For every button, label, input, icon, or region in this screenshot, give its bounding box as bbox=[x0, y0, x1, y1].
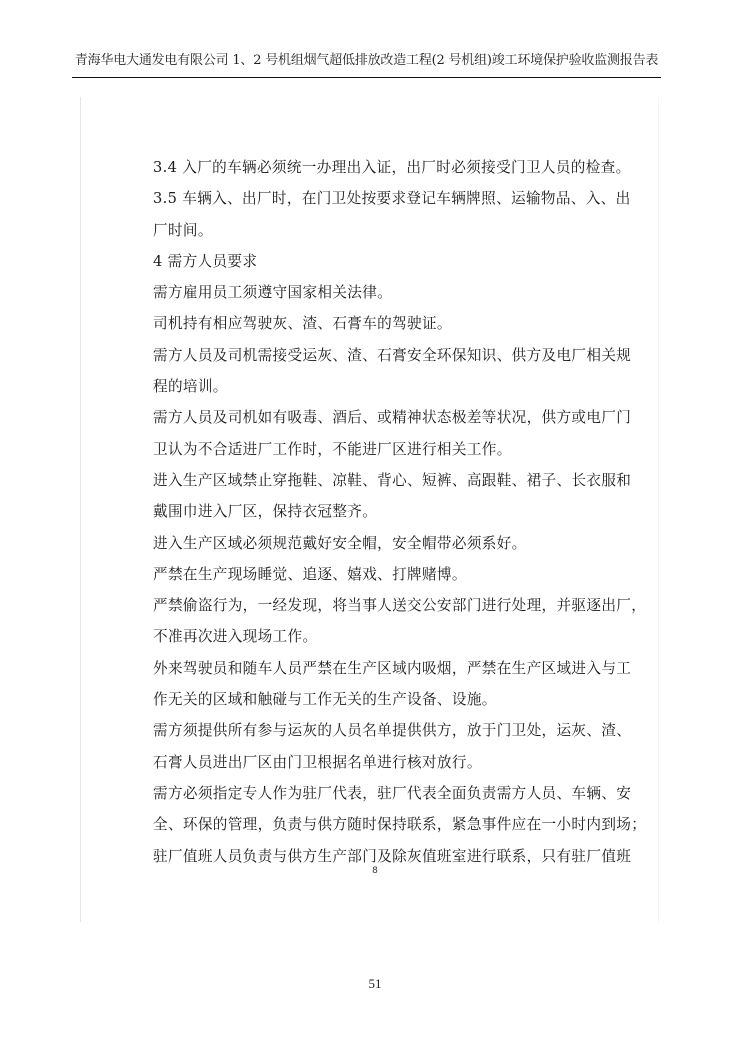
paragraph-representative-line-2: 全、环保的管理，负责与供方随时保持联系，紧急事件应在一小时内到场； bbox=[153, 809, 591, 840]
scanned-page-border-left bbox=[80, 97, 81, 922]
paragraph-safety-helmet: 进入生产区域必须规范戴好安全帽，安全帽带必须系好。 bbox=[153, 528, 591, 559]
paragraph-personnel-list-line-2: 石膏人员进出厂区由门卫根据名单进行核对放行。 bbox=[153, 747, 591, 778]
paragraph-law-compliance: 需方雇用员工须遵守国家相关法律。 bbox=[153, 277, 591, 308]
scanned-page-border-right bbox=[658, 97, 659, 922]
paragraph-smoking-line-1: 外来驾驶员和随车人员严禁在生产区域内吸烟，严禁在生产区域进入与工 bbox=[153, 653, 591, 684]
section-4-heading: 4 需方人员要求 bbox=[153, 246, 591, 277]
paragraph-dress-code-line-2: 戴围巾进入厂区，保持衣冠整齐。 bbox=[153, 496, 591, 527]
inner-page-number: 8 bbox=[360, 866, 390, 876]
paragraph-theft-line-1: 严禁偷盗行为，一经发现，将当事人送交公安部门进行处理，并驱逐出厂， bbox=[153, 590, 591, 621]
paragraph-driver-license: 司机持有相应驾驶灰、渣、石膏车的驾驶证。 bbox=[153, 308, 591, 339]
header-divider bbox=[72, 77, 661, 78]
paragraph-dress-code-line-1: 进入生产区域禁止穿拖鞋、凉鞋、背心、短裤、高跟鞋、裙子、长衣服和 bbox=[153, 465, 591, 496]
paragraph-prohibited-conduct: 严禁在生产现场睡觉、追逐、嬉戏、打牌赌博。 bbox=[153, 559, 591, 590]
paragraph-training-line-2: 程的培训。 bbox=[153, 371, 591, 402]
paragraph-fitness-line-1: 需方人员及司机如有吸毒、酒后、或精神状态极差等状况，供方或电厂门 bbox=[153, 402, 591, 433]
paragraph-personnel-list-line-1: 需方须提供所有参与运灰的人员名单提供供方，放于门卫处，运灰、渣、 bbox=[153, 715, 591, 746]
page-number: 51 bbox=[340, 976, 410, 992]
clause-3-5-line-1: 3.5 车辆入、出厂时，在门卫处按要求登记车辆牌照、运输物品、入、出 bbox=[153, 183, 591, 214]
clause-3-5-line-2: 厂时间。 bbox=[153, 215, 591, 246]
clause-3-4: 3.4 入厂的车辆必须统一办理出入证，出厂时必须接受门卫人员的检查。 bbox=[153, 152, 591, 183]
paragraph-training-line-1: 需方人员及司机需接受运灰、渣、石膏安全环保知识、供方及电厂相关规 bbox=[153, 340, 591, 371]
paragraph-representative-line-1: 需方必须指定专人作为驻厂代表，驻厂代表全面负责需方人员、车辆、安 bbox=[153, 778, 591, 809]
document-body: 3.4 入厂的车辆必须统一办理出入证，出厂时必须接受门卫人员的检查。 3.5 车… bbox=[153, 152, 591, 872]
paragraph-theft-line-2: 不准再次进入现场工作。 bbox=[153, 621, 591, 652]
paragraph-fitness-line-2: 卫认为不合适进厂工作时，不能进厂区进行相关工作。 bbox=[153, 434, 591, 465]
report-header-title: 青海华电大通发电有限公司 1、2 号机组烟气超低排放改造工程(2 号机组)竣工环… bbox=[72, 52, 661, 70]
paragraph-smoking-line-2: 作无关的区域和触碰与工作无关的生产设备、设施。 bbox=[153, 684, 591, 715]
